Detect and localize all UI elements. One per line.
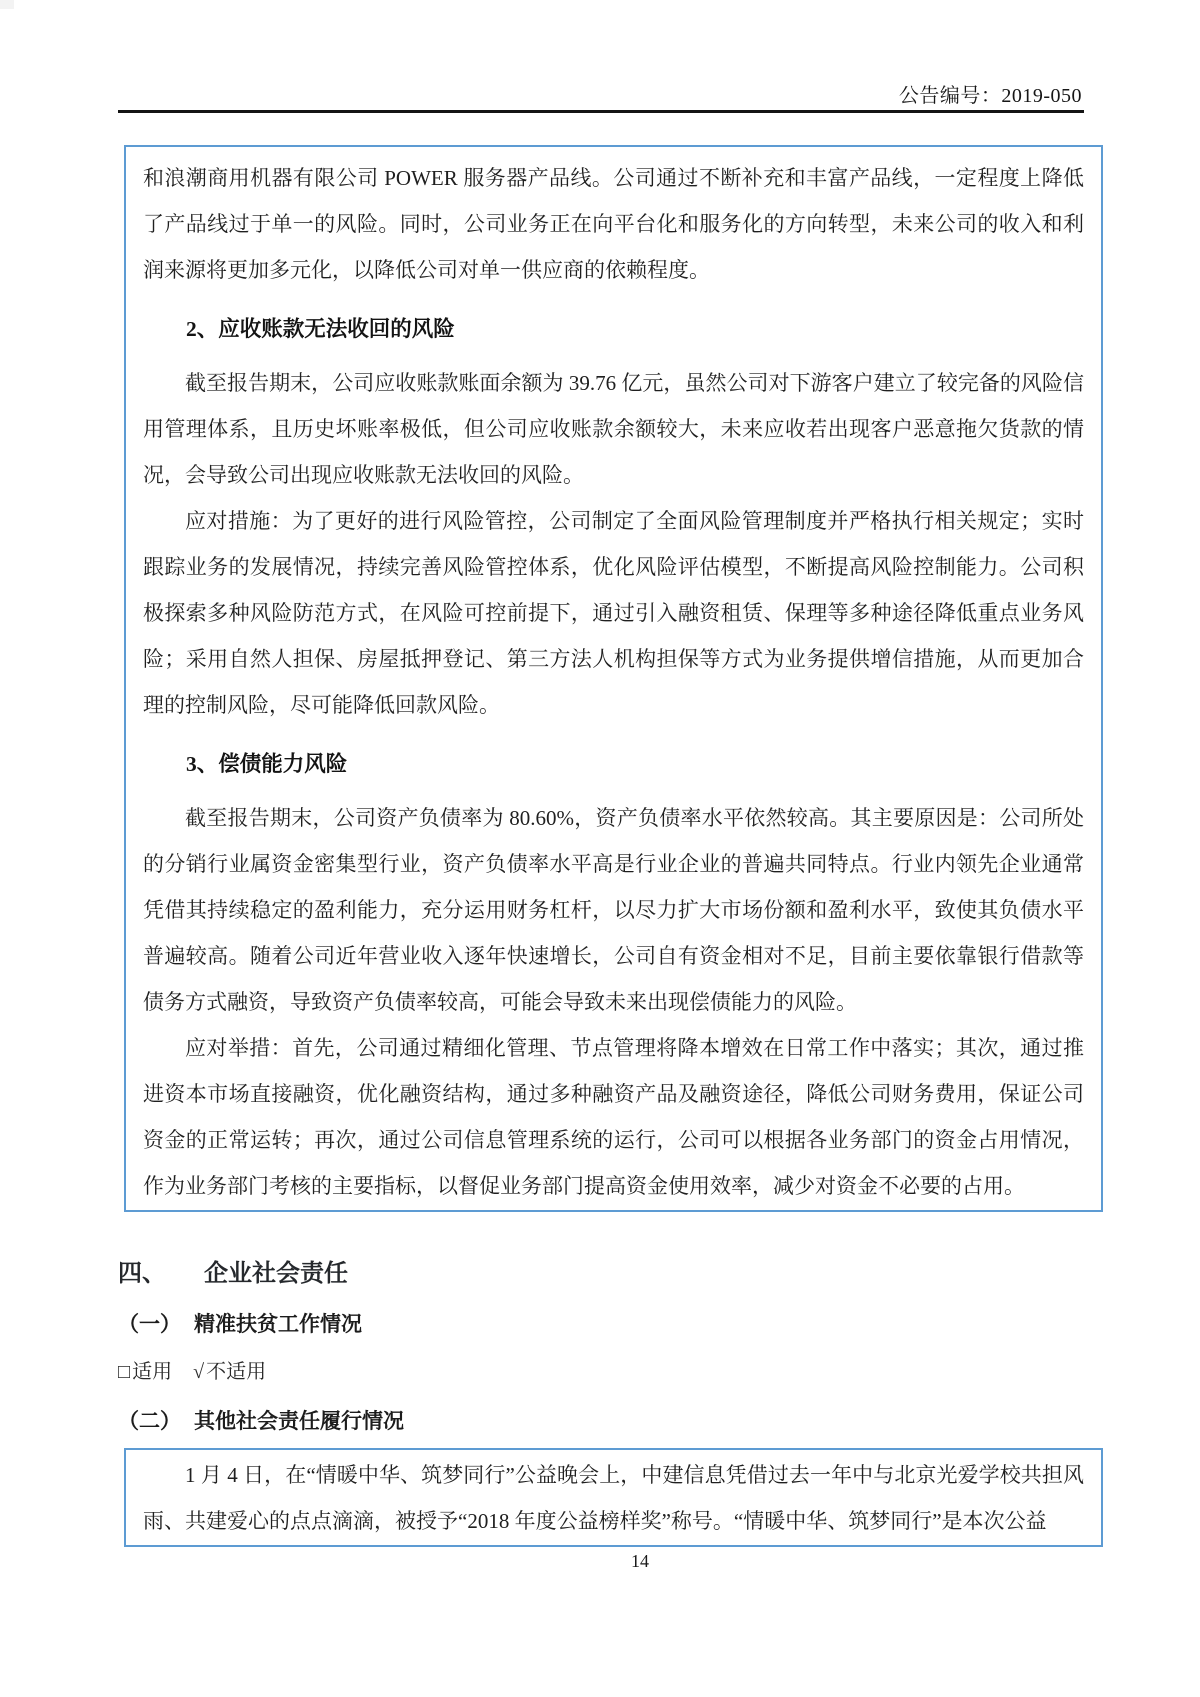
heading-solvency-risk: 3、偿债能力风险 bbox=[143, 741, 1084, 787]
subsection-title-text: 其他社会责任履行情况 bbox=[194, 1409, 404, 1433]
page-number-value: 14 bbox=[631, 1551, 649, 1571]
risk-section-box: 和浪潮商用机器有限公司 POWER 服务器产品线。公司通过不断补充和丰富产品线，… bbox=[124, 145, 1103, 1212]
subsection-number: （一） bbox=[118, 1312, 181, 1336]
checkmark-icon: √ bbox=[193, 1361, 204, 1383]
option-applicable-label: 适用 bbox=[132, 1361, 172, 1383]
scan-corner-artifact bbox=[0, 0, 14, 9]
section-title-text: 企业社会责任 bbox=[204, 1261, 348, 1287]
paragraph-supplier-risk-continuation: 和浪潮商用机器有限公司 POWER 服务器产品线。公司通过不断补充和丰富产品线，… bbox=[143, 155, 1084, 293]
section-number: 四、 bbox=[118, 1261, 166, 1287]
option-not-applicable-label: 不适用 bbox=[206, 1361, 266, 1383]
heading-receivables-risk: 2、应收账款无法收回的风险 bbox=[143, 306, 1084, 352]
document-page: 公告编号：2019-050 和浪潮商用机器有限公司 POWER 服务器产品线。公… bbox=[0, 0, 1200, 1697]
section-title-csr: 四、企业社会责任 bbox=[118, 1258, 1090, 1290]
subsection-poverty-alleviation: （一）精准扶贫工作情况 bbox=[118, 1309, 1090, 1339]
paragraph-solvency-risk: 截至报告期末，公司资产负债率为 80.60%，资产负债率水平依然较高。其主要原因… bbox=[143, 795, 1084, 1025]
paragraph-receivables-risk: 截至报告期末，公司应收账款账面余额为 39.76 亿元，虽然公司对下游客户建立了… bbox=[143, 360, 1084, 498]
subsection-other-csr: （二）其他社会责任履行情况 bbox=[118, 1406, 1090, 1436]
paragraph-charity-gala: 1 月 4 日，在“情暖中华、筑梦同行”公益晚会上，中建信息凭借过去一年中与北京… bbox=[143, 1452, 1084, 1544]
csr-detail-box: 1 月 4 日，在“情暖中华、筑梦同行”公益晚会上，中建信息凭借过去一年中与北京… bbox=[124, 1448, 1103, 1547]
page-number: 14 bbox=[80, 1551, 1200, 1572]
paragraph-solvency-countermeasures: 应对举措：首先，公司通过精细化管理、节点管理将降本增效在日常工作中落实；其次，通… bbox=[143, 1025, 1084, 1209]
option-not-applicable: √不适用 bbox=[193, 1361, 266, 1383]
announcement-number: 公告编号：2019-050 bbox=[899, 79, 1082, 108]
csr-section: 四、企业社会责任 （一）精准扶贫工作情况 □适用 √不适用 （二）其他社会责任履… bbox=[118, 1258, 1090, 1455]
option-applicable: □适用 bbox=[118, 1361, 177, 1383]
applicability-row: □适用 √不适用 bbox=[118, 1358, 1090, 1386]
checkbox-empty-icon: □ bbox=[118, 1361, 130, 1383]
subsection-title-text: 精准扶贫工作情况 bbox=[194, 1312, 362, 1336]
header-divider-line bbox=[118, 110, 1084, 113]
paragraph-receivables-countermeasures: 应对措施：为了更好的进行风险管控，公司制定了全面风险管理制度并严格执行相关规定；… bbox=[143, 498, 1084, 728]
subsection-number: （二） bbox=[118, 1409, 181, 1433]
